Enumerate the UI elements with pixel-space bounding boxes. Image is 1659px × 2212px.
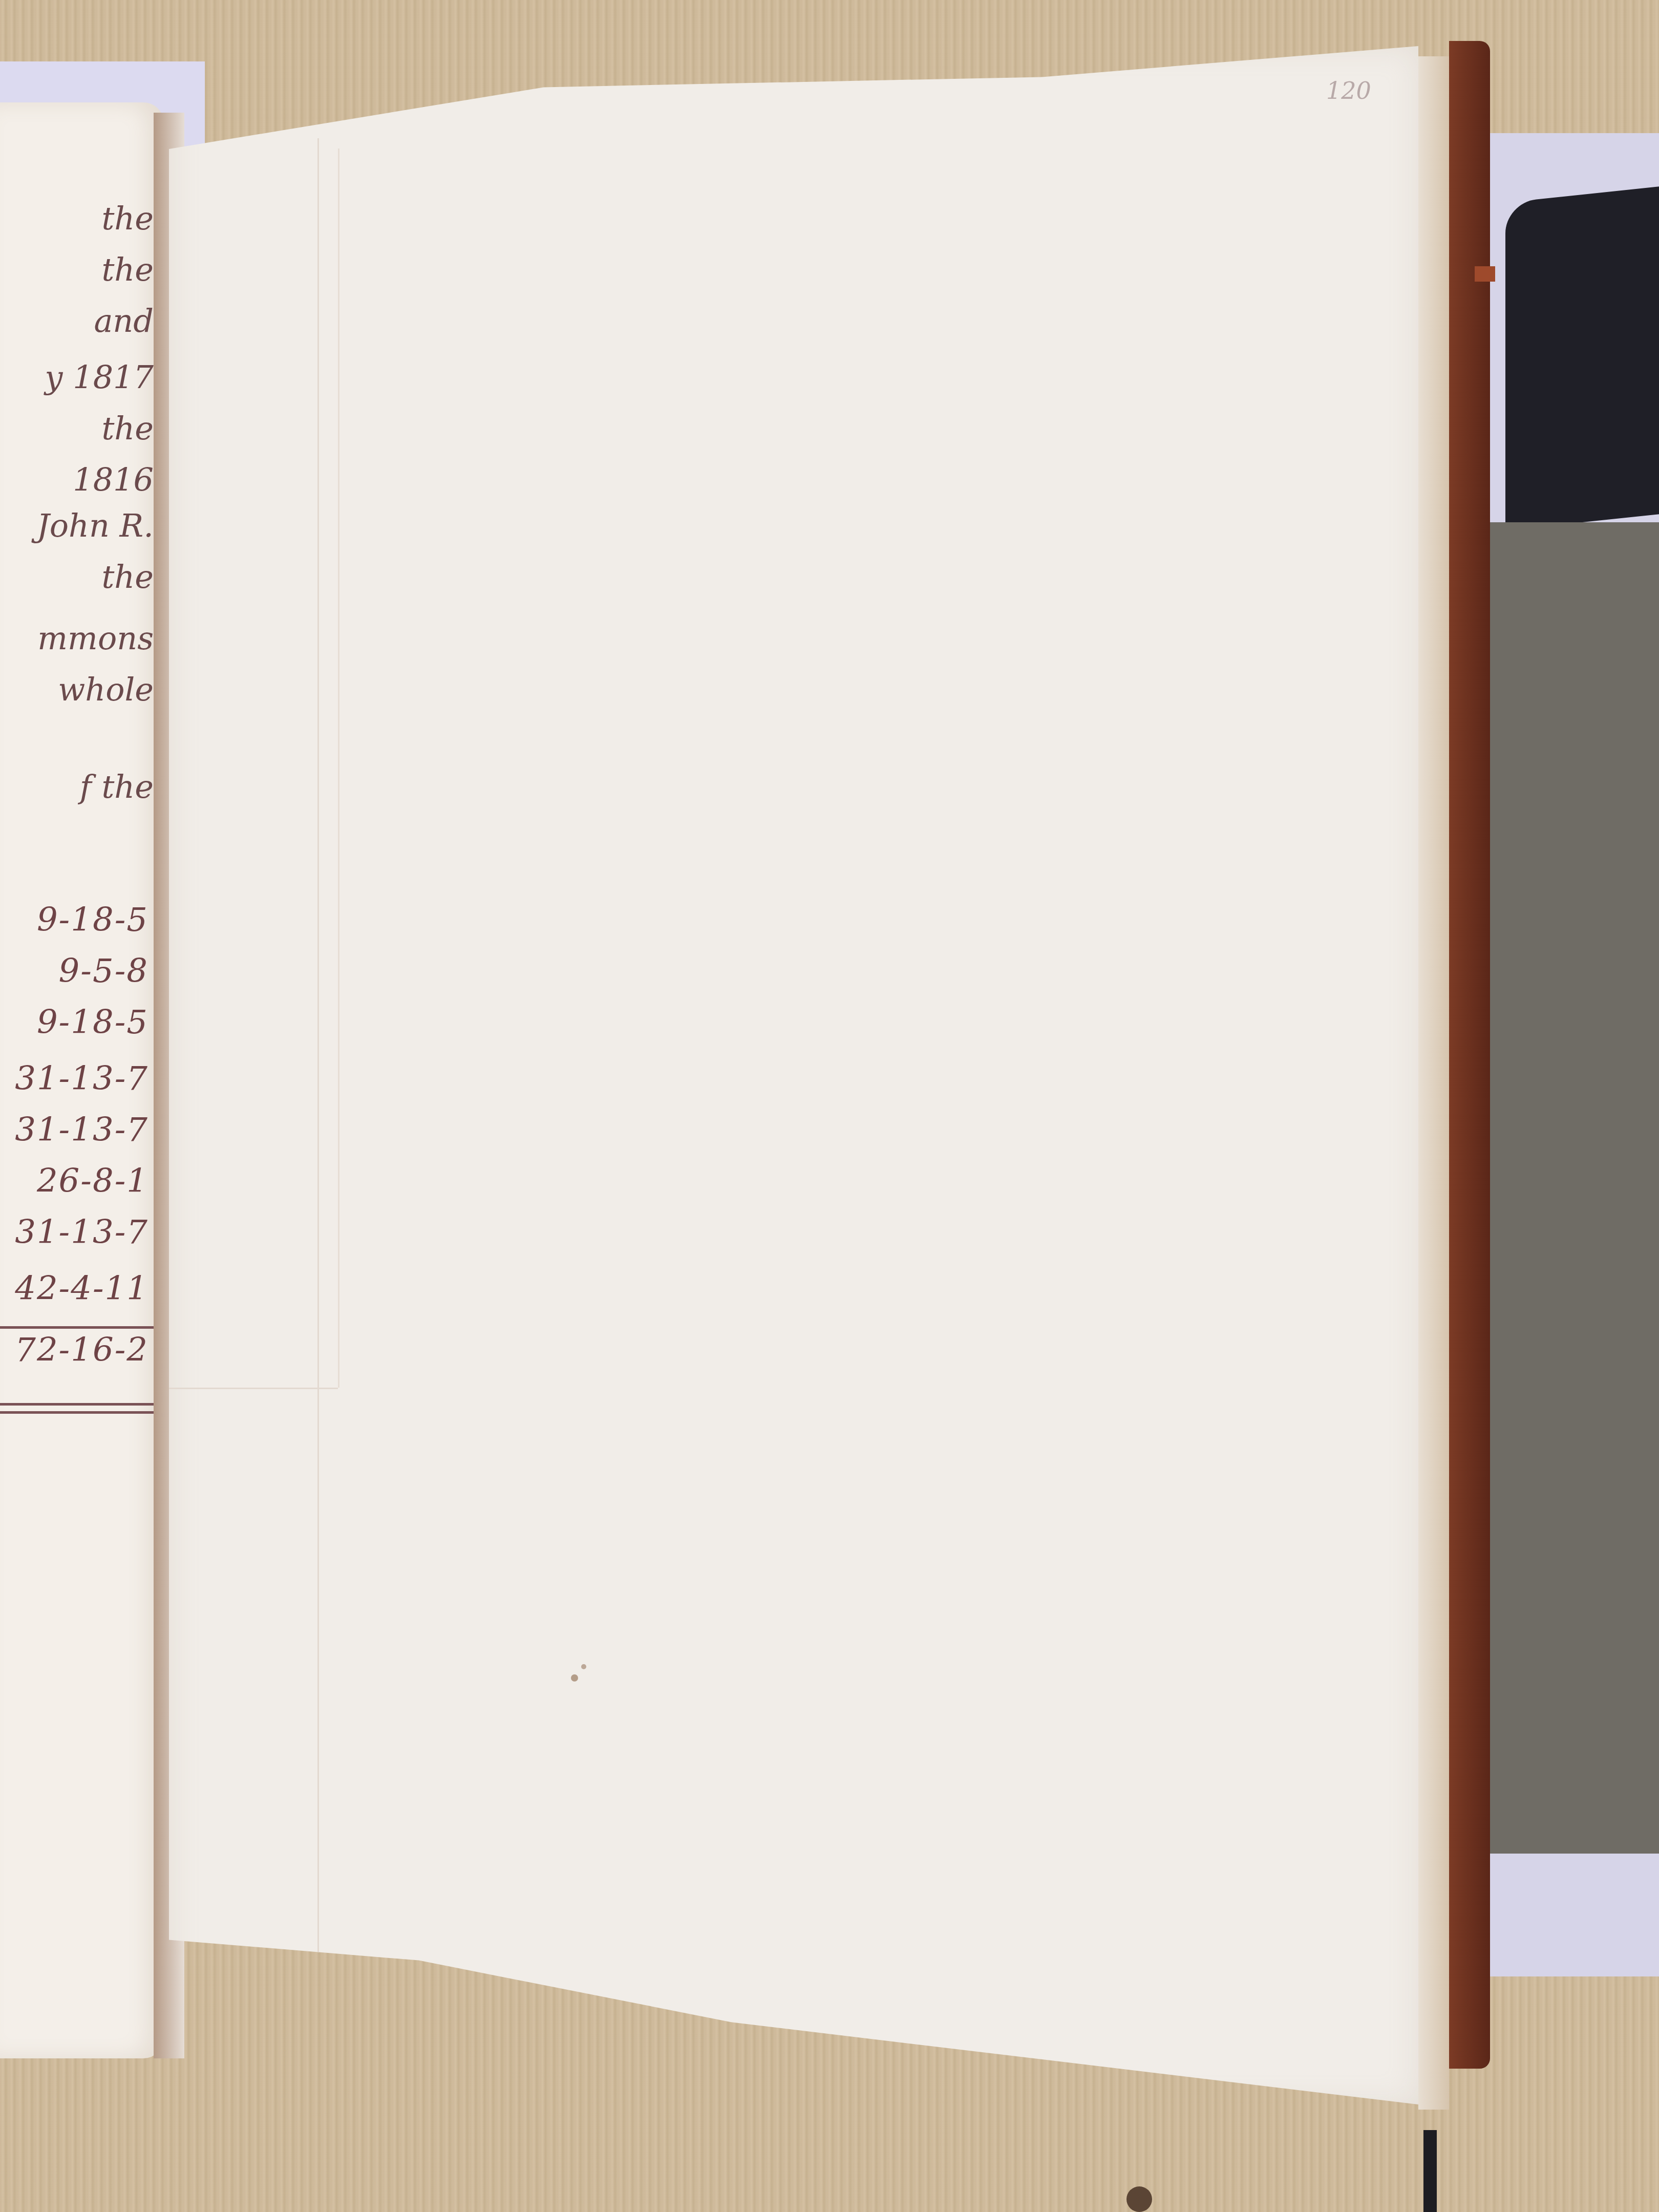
text-fragment: John R. bbox=[37, 507, 154, 544]
page-fore-edge bbox=[1418, 56, 1449, 2110]
text-fragment: the bbox=[101, 410, 154, 447]
ledger-figure: 9-18-5 bbox=[37, 1004, 148, 1041]
ledger-figure: 31-13-7 bbox=[15, 1111, 148, 1149]
ledger-figure: 9-18-5 bbox=[37, 901, 148, 939]
ledger-figure: 26-8-1 bbox=[37, 1162, 148, 1200]
ledger-figure: 31-13-7 bbox=[15, 1214, 148, 1251]
dark-object bbox=[1505, 186, 1659, 530]
ruled-column-line bbox=[338, 148, 339, 1388]
ledger-figure: 9-5-8 bbox=[59, 952, 148, 990]
double-rule-bottom bbox=[0, 1411, 154, 1414]
text-fragment: f the bbox=[80, 768, 154, 805]
bookmark-tab bbox=[1475, 266, 1495, 282]
margin-line bbox=[317, 138, 319, 2033]
left-page: the the and y 1817 the 1816 John R. the … bbox=[0, 102, 164, 2058]
ruled-box-line bbox=[169, 1388, 338, 1389]
right-page bbox=[169, 46, 1418, 2104]
text-fragment: the bbox=[101, 251, 154, 288]
text-fragment: y 1817 bbox=[45, 358, 154, 396]
text-fragment: the bbox=[101, 200, 154, 237]
wood-knot bbox=[1126, 2186, 1152, 2212]
ribbon-marker bbox=[1423, 2130, 1437, 2212]
ledger-total: 72-16-2 bbox=[15, 1331, 148, 1369]
text-fragment: whole bbox=[58, 671, 154, 708]
ledger-figure: 31-13-7 bbox=[15, 1060, 148, 1098]
text-fragment: the bbox=[101, 558, 154, 595]
ledger-figure: 42-4-11 bbox=[15, 1270, 148, 1308]
text-fragment: mmons bbox=[37, 620, 154, 657]
text-fragment: and bbox=[94, 302, 154, 339]
page-number: 120 bbox=[1326, 77, 1371, 104]
text-fragment: 1816 bbox=[73, 461, 154, 498]
grey-board bbox=[1485, 522, 1659, 1854]
double-rule-top bbox=[0, 1403, 154, 1406]
ink-spot bbox=[571, 1674, 578, 1682]
sum-rule bbox=[0, 1326, 154, 1329]
ink-spot bbox=[581, 1664, 586, 1669]
leather-binding bbox=[1449, 41, 1490, 2069]
